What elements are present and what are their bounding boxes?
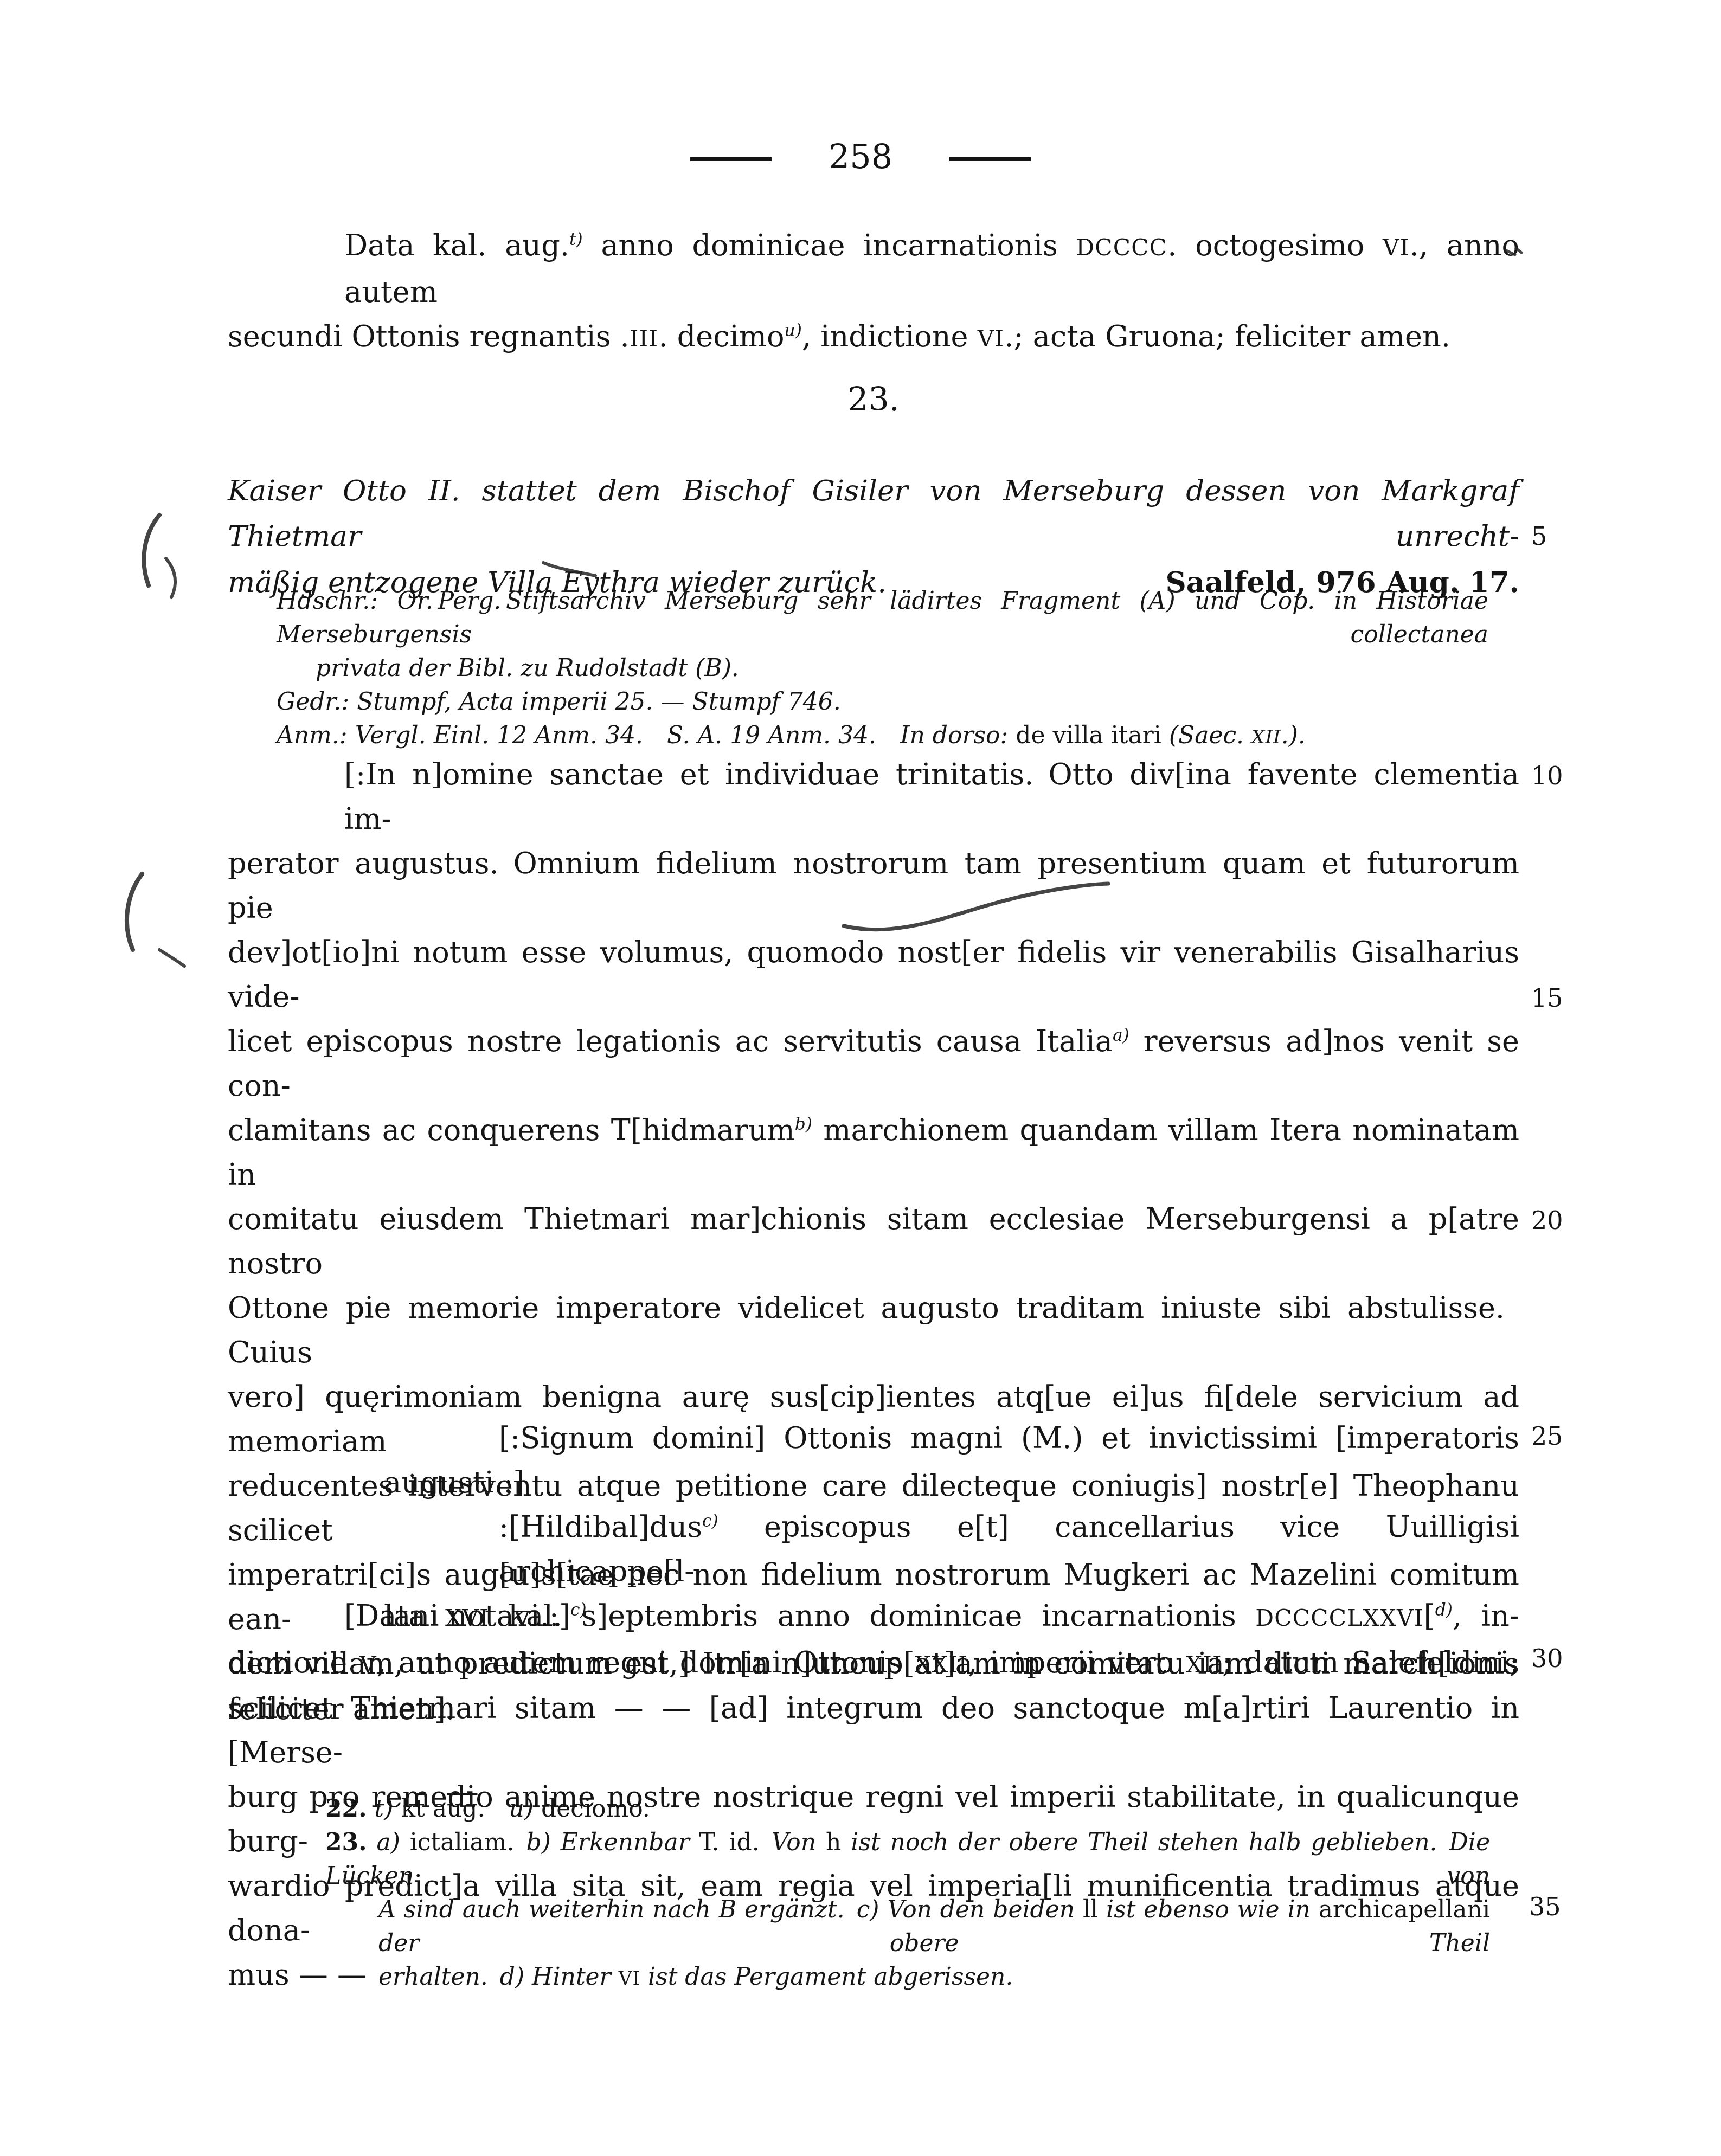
text-segment: perator augustus. Omnium fidelium nostro… xyxy=(228,846,1519,925)
footnotes: 22. t) kt aug. u) deciomo. 23. a) ictali… xyxy=(325,1792,1490,1996)
header-right-rule xyxy=(949,157,1031,161)
header-left-rule xyxy=(690,157,772,161)
text-segment: , indictione xyxy=(802,319,978,353)
text-segment: Erkennbar xyxy=(561,1829,690,1856)
text-segment: Von xyxy=(772,1829,826,1856)
text-line: licet episcopus nostre legationis ac ser… xyxy=(228,1019,1519,1108)
text-segment: Anm.: Vergl. Einl. 12 Anm. 34. S. A. 19 … xyxy=(277,722,1016,749)
text-segment: t) xyxy=(569,230,583,249)
footnote-23-cont: A sind auch weiterhin nach B ergänzt. c)… xyxy=(325,1893,1490,1960)
page-number: 258 xyxy=(829,137,892,176)
text-segment: XXII xyxy=(915,1651,968,1678)
apparatus-line-gedr: Gedr.: Stumpf, Acta imperii 25. — Stumpf… xyxy=(277,685,1488,719)
text-segment: feliciter amen]. xyxy=(228,1692,455,1726)
text-segment: [:Signum domini] Ottonis magni (M.) et i… xyxy=(499,1421,1519,1455)
text-segment: V xyxy=(359,1651,377,1678)
margin-line-number: 5 xyxy=(1531,524,1547,549)
text-segment: c) xyxy=(857,1896,879,1923)
text-segment: privata der Bibl. zu Rudolstadt (B). xyxy=(316,654,739,682)
text-segment: . xyxy=(478,1795,509,1823)
text-segment: a) xyxy=(376,1829,400,1856)
text-segment: Gedr.: Stumpf, Acta imperii 25. — Stumpf… xyxy=(277,688,841,716)
text-segment: dev]ot[io]ni notum esse volumus, quomodo… xyxy=(228,935,1519,1014)
text-segment xyxy=(367,1795,375,1823)
text-line: Data kal. aug.t) anno dominicae incarnat… xyxy=(228,223,1519,314)
text-segment: :[Hildibal]dus xyxy=(499,1510,702,1544)
text-segment: b) xyxy=(526,1829,551,1856)
text-segment: . decimo xyxy=(658,319,784,353)
pencil-paren-mark xyxy=(127,874,142,950)
datatio-block: [Data XVI kal. s]eptembris anno dominica… xyxy=(228,1594,1519,1732)
text-segment: T. id. xyxy=(690,1829,772,1856)
apparatus-line-hdschr-cont: privata der Bibl. zu Rudolstadt (B). xyxy=(277,652,1488,685)
text-segment: .). xyxy=(1281,722,1306,749)
text-segment: augusti.:] xyxy=(384,1465,524,1499)
text-segment: secundi Ottonis regnantis . xyxy=(228,319,630,353)
text-segment: , anno autem regni domini Ottonis xyxy=(377,1645,915,1679)
text-segment: dictione xyxy=(228,1645,359,1679)
text-segment: licet episcopus nostre legationis ac ser… xyxy=(228,1024,1113,1058)
text-segment: d) xyxy=(1435,1600,1453,1620)
pencil-paren-mark xyxy=(144,515,159,585)
text-segment: Kaiser Otto II. stattet dem Bischof Gisi… xyxy=(228,474,1519,553)
text-segment: 22. xyxy=(325,1795,367,1823)
margin-line-number: 25 xyxy=(1531,1424,1563,1449)
text-line: dev]ot[io]ni notum esse volumus, quomodo… xyxy=(228,930,1519,1019)
footnote-23-cont: erhalten. d) Hinter VI ist das Pergament… xyxy=(325,1960,1490,1996)
text-segment: , in- xyxy=(1453,1599,1519,1633)
text-line: [:In n]omine sanctae et individuae trini… xyxy=(228,752,1519,841)
text-segment: t) xyxy=(375,1795,394,1823)
text-segment: c) xyxy=(702,1511,718,1531)
regest-line: Kaiser Otto II. stattet dem Bischof Gisi… xyxy=(228,468,1519,559)
text-segment: ug xyxy=(447,1795,478,1823)
text-segment: a) xyxy=(1113,1026,1129,1045)
text-segment: .; acta Gruona; feliciter amen. xyxy=(1004,319,1450,353)
text-segment: 23. xyxy=(325,1829,367,1856)
text-line: [Data XVI kal. s]eptembris anno dominica… xyxy=(228,1594,1519,1640)
scanned-page: 258 Data kal. aug.t) anno dominicae inca… xyxy=(0,0,1721,2156)
text-segment: anno dominicae incarnationis xyxy=(583,228,1076,262)
margin-line-number: 20 xyxy=(1531,1208,1563,1233)
text-segment: A sind auch weiterhin nach B ergänzt. xyxy=(378,1896,857,1923)
text-segment xyxy=(367,1829,377,1856)
recognition-line: :[Hildibal]dusc) episcopus e[t] cancella… xyxy=(228,1505,1519,1594)
page-header: 258 xyxy=(0,137,1721,176)
signum-line: [:Signum domini] Ottonis magni (M.) et i… xyxy=(228,1416,1519,1460)
text-segment: clamitans ac conquerens T[hidmarum xyxy=(228,1113,795,1147)
text-segment: VI xyxy=(978,325,1005,352)
text-segment: (Saec. xyxy=(1169,722,1251,749)
text-segment: h xyxy=(826,1829,841,1856)
text-line: feliciter amen]. xyxy=(228,1687,1519,1732)
text-segment: XII xyxy=(1186,1651,1222,1678)
text-segment: erhalten. xyxy=(378,1963,500,1991)
text-segment: comitatu eiusdem Thietmari mar]chionis s… xyxy=(228,1202,1519,1280)
footnote-23: 23. a) ictaliam. b) Erkennbar T. id. Von… xyxy=(325,1826,1490,1893)
margin-line-number: 10 xyxy=(1531,763,1563,788)
apparatus: Hdschr.: Or. Perg. Stiftsarchiv Mersebur… xyxy=(277,584,1488,754)
text-line: clamitans ac conquerens T[hidmarumb) mar… xyxy=(228,1108,1519,1197)
footnote-22: 22. t) kt aug. u) deciomo. xyxy=(325,1792,1490,1826)
text-line: perator augustus. Omnium fidelium nostro… xyxy=(228,841,1519,930)
pencil-dash-mark xyxy=(159,950,184,966)
text-segment: ; datum Salefeldini; xyxy=(1222,1645,1519,1679)
text-segment: , imperii vero xyxy=(968,1645,1186,1679)
text-segment: kal. s]eptembris anno dominicae incarnat… xyxy=(489,1599,1255,1633)
text-segment: ist das Pergament abgerissen. xyxy=(640,1963,1013,1991)
text-segment: III xyxy=(630,325,659,352)
text-segment: u) xyxy=(509,1795,534,1823)
text-segment: b) xyxy=(795,1115,812,1134)
text-segment: [Data xyxy=(344,1599,445,1633)
signum-line: augusti.:] xyxy=(228,1460,1519,1505)
apparatus-line-hdschr: Hdschr.: Or. Perg. Stiftsarchiv Mersebur… xyxy=(277,584,1488,652)
text-segment: ictaliam. xyxy=(400,1829,526,1856)
text-segment: k xyxy=(393,1795,415,1823)
text-line: dictione V, anno autem regni domini Otto… xyxy=(228,1640,1519,1687)
text-segment: . octogesimo xyxy=(1167,228,1383,262)
text-segment: de villa itari xyxy=(1016,722,1169,749)
margin-line-number: 30 xyxy=(1531,1646,1563,1671)
text-segment: [:In n]omine sanctae et individuae trini… xyxy=(344,757,1519,836)
text-segment: ist noch der obere Theil stehen halb geb… xyxy=(841,1829,1449,1856)
text-segment: t xyxy=(415,1795,425,1823)
charter-number: 23. xyxy=(228,381,1519,419)
text-segment xyxy=(879,1896,887,1923)
margin-line-number: 15 xyxy=(1531,986,1563,1011)
text-segment: a xyxy=(425,1795,447,1823)
text-segment: Hinter xyxy=(532,1963,619,1991)
apparatus-line-anm: Anm.: Vergl. Einl. 12 Anm. 34. S. A. 19 … xyxy=(277,719,1488,754)
text-segment: VI xyxy=(619,1968,640,1990)
text-segment: XII xyxy=(1251,726,1281,748)
text-segment: VI xyxy=(1383,234,1410,261)
text-line: secundi Ottonis regnantis .III. decimou)… xyxy=(228,314,1519,361)
text-segment: ist ebenso wie in xyxy=(1098,1896,1319,1923)
text-segment: archicapellani xyxy=(1319,1896,1490,1923)
pencil-paren-mark xyxy=(166,558,175,597)
text-segment: deciomo. xyxy=(534,1795,650,1823)
text-segment: [ xyxy=(1424,1599,1435,1633)
text-segment: Hdschr.: Or. Perg. Stiftsarchiv Mersebur… xyxy=(277,587,1488,648)
text-segment xyxy=(524,1963,532,1991)
sheet-signature: 35 xyxy=(1529,1894,1561,1919)
text-segment: DCCCC xyxy=(1076,234,1167,261)
text-segment: Data kal. aug. xyxy=(344,228,569,262)
text-segment: ll xyxy=(1083,1896,1098,1923)
text-line: comitatu eiusdem Thietmari mar]chionis s… xyxy=(228,1197,1519,1286)
text-segment: Von den beiden xyxy=(887,1896,1083,1923)
text-segment: Ottone pie memorie imperatore videlicet … xyxy=(228,1291,1519,1369)
text-segment: d) xyxy=(500,1963,524,1991)
text-segment: XVI xyxy=(445,1605,489,1631)
text-segment xyxy=(551,1829,561,1856)
charter-22-closing: Data kal. aug.t) anno dominicae incarnat… xyxy=(228,223,1519,361)
text-line: Ottone pie memorie imperatore videlicet … xyxy=(228,1286,1519,1375)
text-segment: der obere Theil xyxy=(378,1929,1490,1957)
text-segment: DCCCCLXXVI xyxy=(1255,1605,1423,1631)
text-segment: u) xyxy=(784,321,801,340)
